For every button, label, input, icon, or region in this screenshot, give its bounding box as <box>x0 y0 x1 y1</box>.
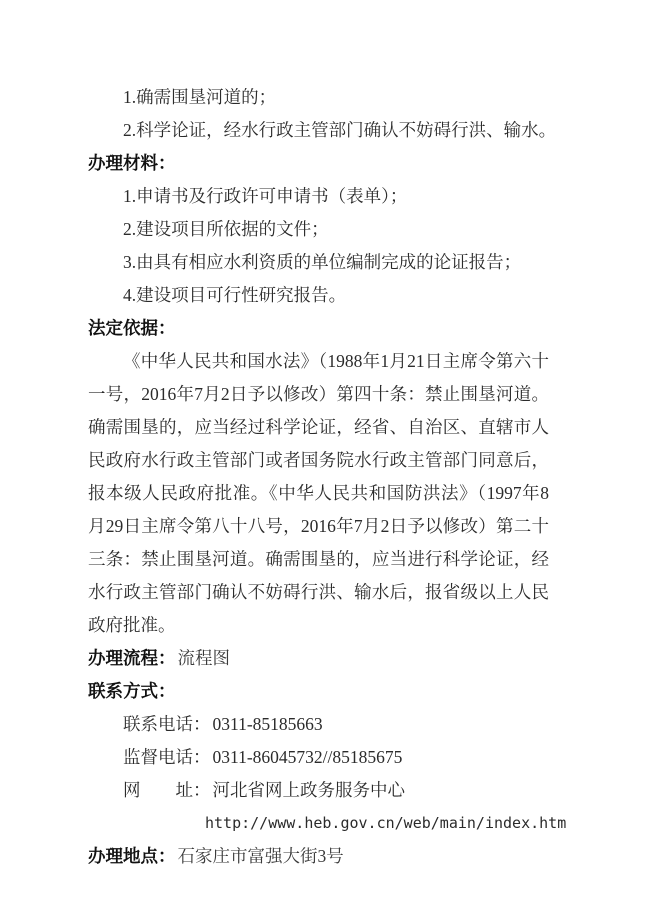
website-name-value: 河北省网上政务服务中心 <box>211 780 406 800</box>
material-item: 1.申请书及行政许可申请书（表单）； <box>88 180 549 213</box>
condition-item: 1.确需围垦河道的； <box>88 81 549 114</box>
website-line: 网 址：河北省网上政务服务中心 <box>88 774 549 807</box>
location-value: 石家庄市富强大街3号 <box>176 846 344 866</box>
document-page: 1.确需围垦河道的； 2.科学论证，经水行政主管部门确认不妨碍行洪、输水。 办理… <box>0 0 650 919</box>
section-heading-contact: 联系方式： <box>88 675 549 708</box>
section-heading-legal-basis: 法定依据： <box>88 312 549 345</box>
process-line: 办理流程：流程图 <box>88 642 549 675</box>
section-heading-location: 办理地点： <box>88 846 176 866</box>
supervision-phone-label: 监督电话： <box>123 747 211 767</box>
process-value: 流程图 <box>176 648 231 668</box>
contact-phone-line: 联系电话：0311-85185663 <box>88 708 549 741</box>
location-line: 办理地点：石家庄市富强大街3号 <box>88 840 549 873</box>
section-heading-process: 办理流程： <box>88 648 176 668</box>
material-item: 2.建设项目所依据的文件； <box>88 213 549 246</box>
supervision-phone-line: 监督电话：0311-86045732//85185675 <box>88 741 549 774</box>
supervision-phone-value: 0311-86045732//85185675 <box>211 747 403 767</box>
legal-basis-text: 《中华人民共和国水法》（1988年1月21日主席令第六十一号，2016年7月2日… <box>88 345 549 642</box>
section-heading-materials: 办理材料： <box>88 147 549 180</box>
material-item: 3.由具有相应水利资质的单位编制完成的论证报告； <box>88 246 549 279</box>
website-label: 网 址： <box>123 780 211 800</box>
condition-item: 2.科学论证，经水行政主管部门确认不妨碍行洪、输水。 <box>88 114 549 147</box>
website-url: http://www.heb.gov.cn/web/main/index.htm <box>88 807 549 840</box>
contact-phone-value: 0311-85185663 <box>211 714 323 734</box>
contact-phone-label: 联系电话： <box>123 714 211 734</box>
material-item: 4.建设项目可行性研究报告。 <box>88 279 549 312</box>
